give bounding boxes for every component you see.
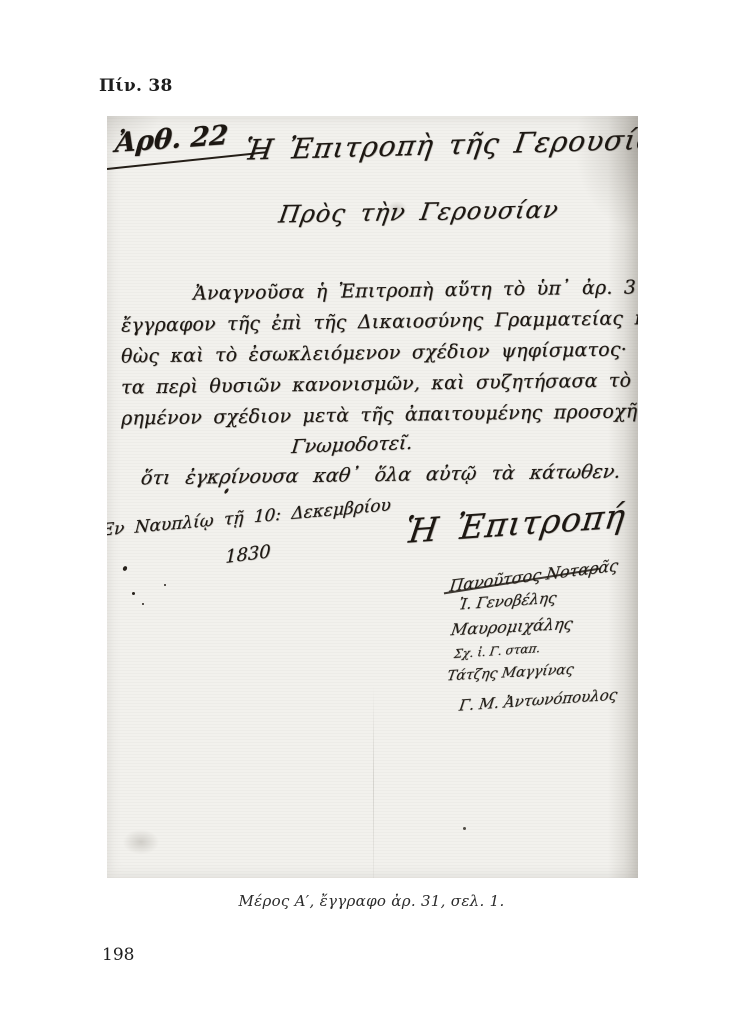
plate-label: Πίν. 38 [99,76,173,96]
ink-speck [463,827,466,830]
manuscript-scan: Ἀρθ. 22 Ἡ Ἐπιτροπὴ τῆς Γερουσίας Πρὸς τὴ… [107,116,638,878]
figure-caption: Μέρος Α′, ἔγγραφο ἀρ. 31, σελ. 1. [0,892,743,910]
paper-crease [373,686,374,878]
ink-speck [142,603,144,605]
ink-speck [132,592,135,595]
signature: Τάτζης Μαγγίνας [446,662,575,685]
signature: Μαυρομιχάλης [450,614,575,640]
page-number: 198 [102,945,134,965]
signature: Γ. Μ. Ἀντωνόπουλος [458,685,619,714]
ink-speck [164,584,166,586]
book-page: Πίν. 38 Ἀρθ. 22 Ἡ Ἐπιτροπὴ τῆς Γερουσίας… [0,0,743,1027]
signature: Σχ. ἰ. Γ. σταπ. [453,641,541,661]
